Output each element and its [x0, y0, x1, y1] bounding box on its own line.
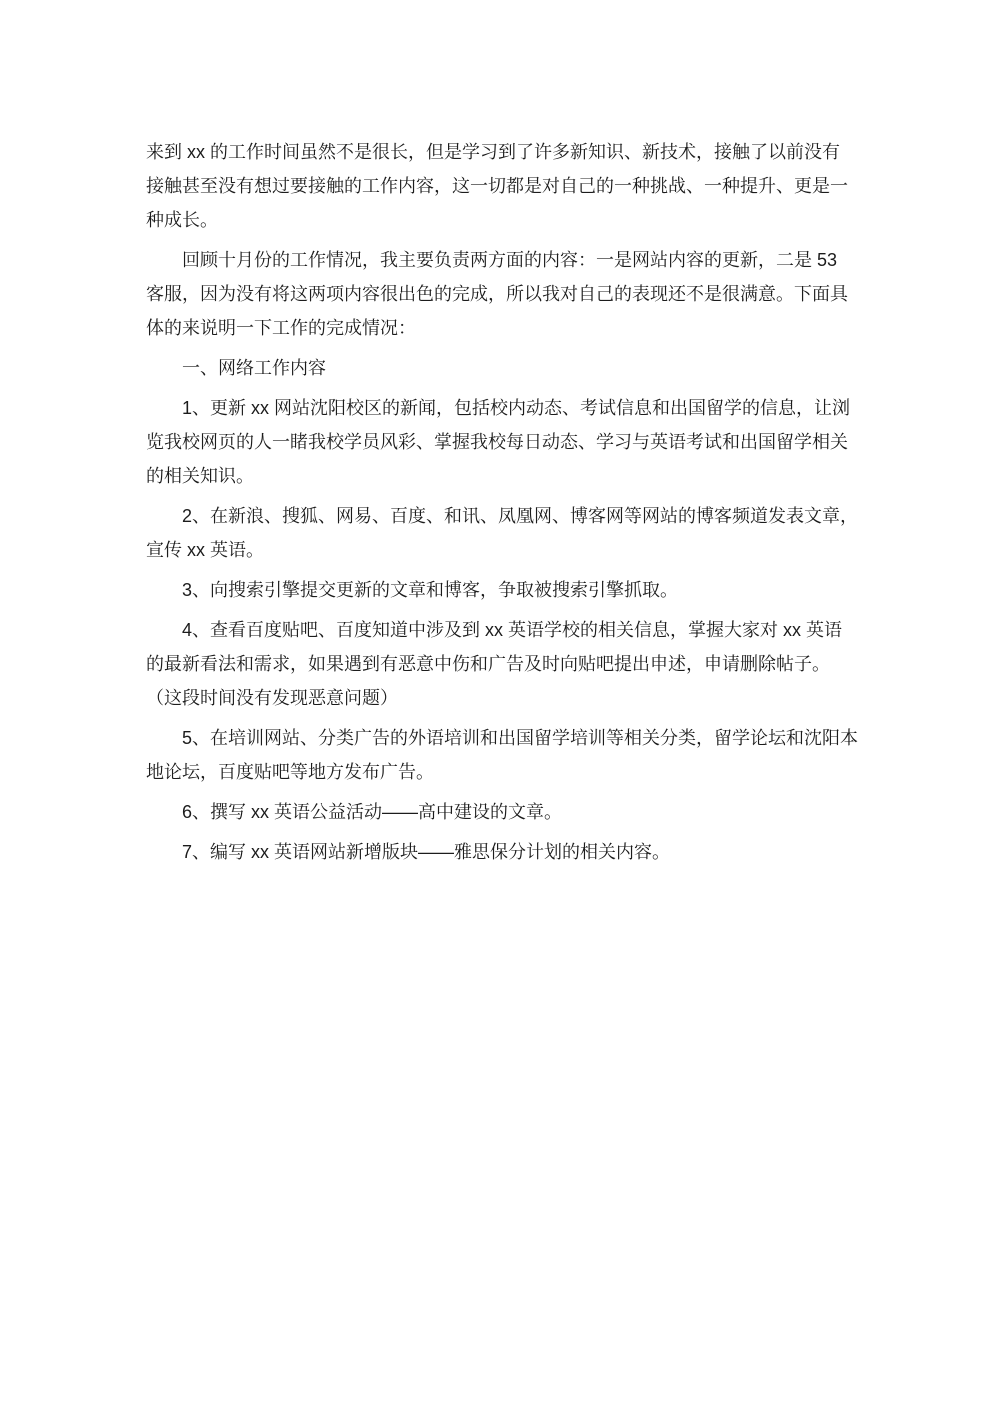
- list-item-5: 5、在培训网站、分类广告的外语培训和出国留学培训等相关分类，留学论坛和沈阳本 地…: [146, 721, 860, 789]
- list-item-2: 2、在新浪、搜狐、网易、百度、和讯、凤凰网、博客网等网站的博客频道发表文章， 宣…: [146, 499, 860, 567]
- paragraph-intro: 来到 xx 的工作时间虽然不是很长，但是学习到了许多新知识、新技术，接触了以前没…: [146, 135, 860, 237]
- document-page: 来到 xx 的工作时间虽然不是很长，但是学习到了许多新知识、新技术，接触了以前没…: [0, 0, 1000, 1415]
- list-item-7: 7、编写 xx 英语网站新增版块——雅思保分计划的相关内容。: [146, 835, 860, 869]
- list-item-6: 6、撰写 xx 英语公益活动——高中建设的文章。: [146, 795, 860, 829]
- list-item-4: 4、查看百度贴吧、百度知道中涉及到 xx 英语学校的相关信息，掌握大家对 xx …: [146, 613, 860, 715]
- list-item-3: 3、向搜索引擎提交更新的文章和博客，争取被搜索引擎抓取。: [146, 573, 860, 607]
- section-heading: 一、网络工作内容: [146, 351, 860, 385]
- list-item-1: 1、更新 xx 网站沈阳校区的新闻，包括校内动态、考试信息和出国留学的信息，让浏…: [146, 391, 860, 493]
- paragraph-overview: 回顾十月份的工作情况，我主要负责两方面的内容：一是网站内容的更新，二是 53 客…: [146, 243, 860, 345]
